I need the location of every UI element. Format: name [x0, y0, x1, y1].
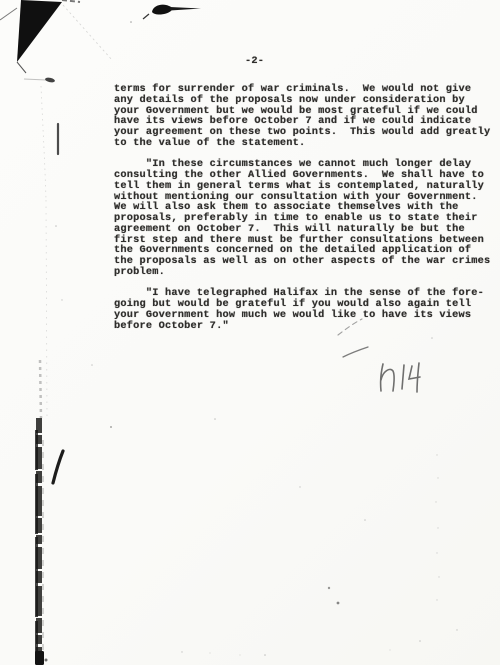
crease-lines	[0, 5, 112, 418]
scanned-page: -2- terms for surrender of war criminals…	[0, 0, 500, 665]
letter-body: terms for surrender of war criminals. We…	[114, 84, 496, 331]
paragraph-telegraphed-halifax: "I have telegraphed Halifax in the sense…	[114, 288, 496, 331]
diagonal-ink-stroke	[53, 451, 63, 483]
ink-smudge	[130, 5, 201, 23]
pencil-h14-glyphs	[381, 363, 420, 392]
paragraph-surrender-terms: terms for surrender of war criminals. We…	[114, 84, 496, 149]
paragraph-allied-governments: "In these circumstances we cannot much l…	[114, 159, 496, 277]
fold-corner-mark	[17, 0, 80, 73]
bottom-edge-blob	[35, 651, 48, 665]
screenshot-root: { "document": { "page_number": "-2-", "p…	[0, 0, 500, 665]
binding-edge-strip	[37, 360, 44, 665]
pencil-scratch-lower	[343, 347, 368, 357]
page-number: -2-	[245, 55, 264, 67]
